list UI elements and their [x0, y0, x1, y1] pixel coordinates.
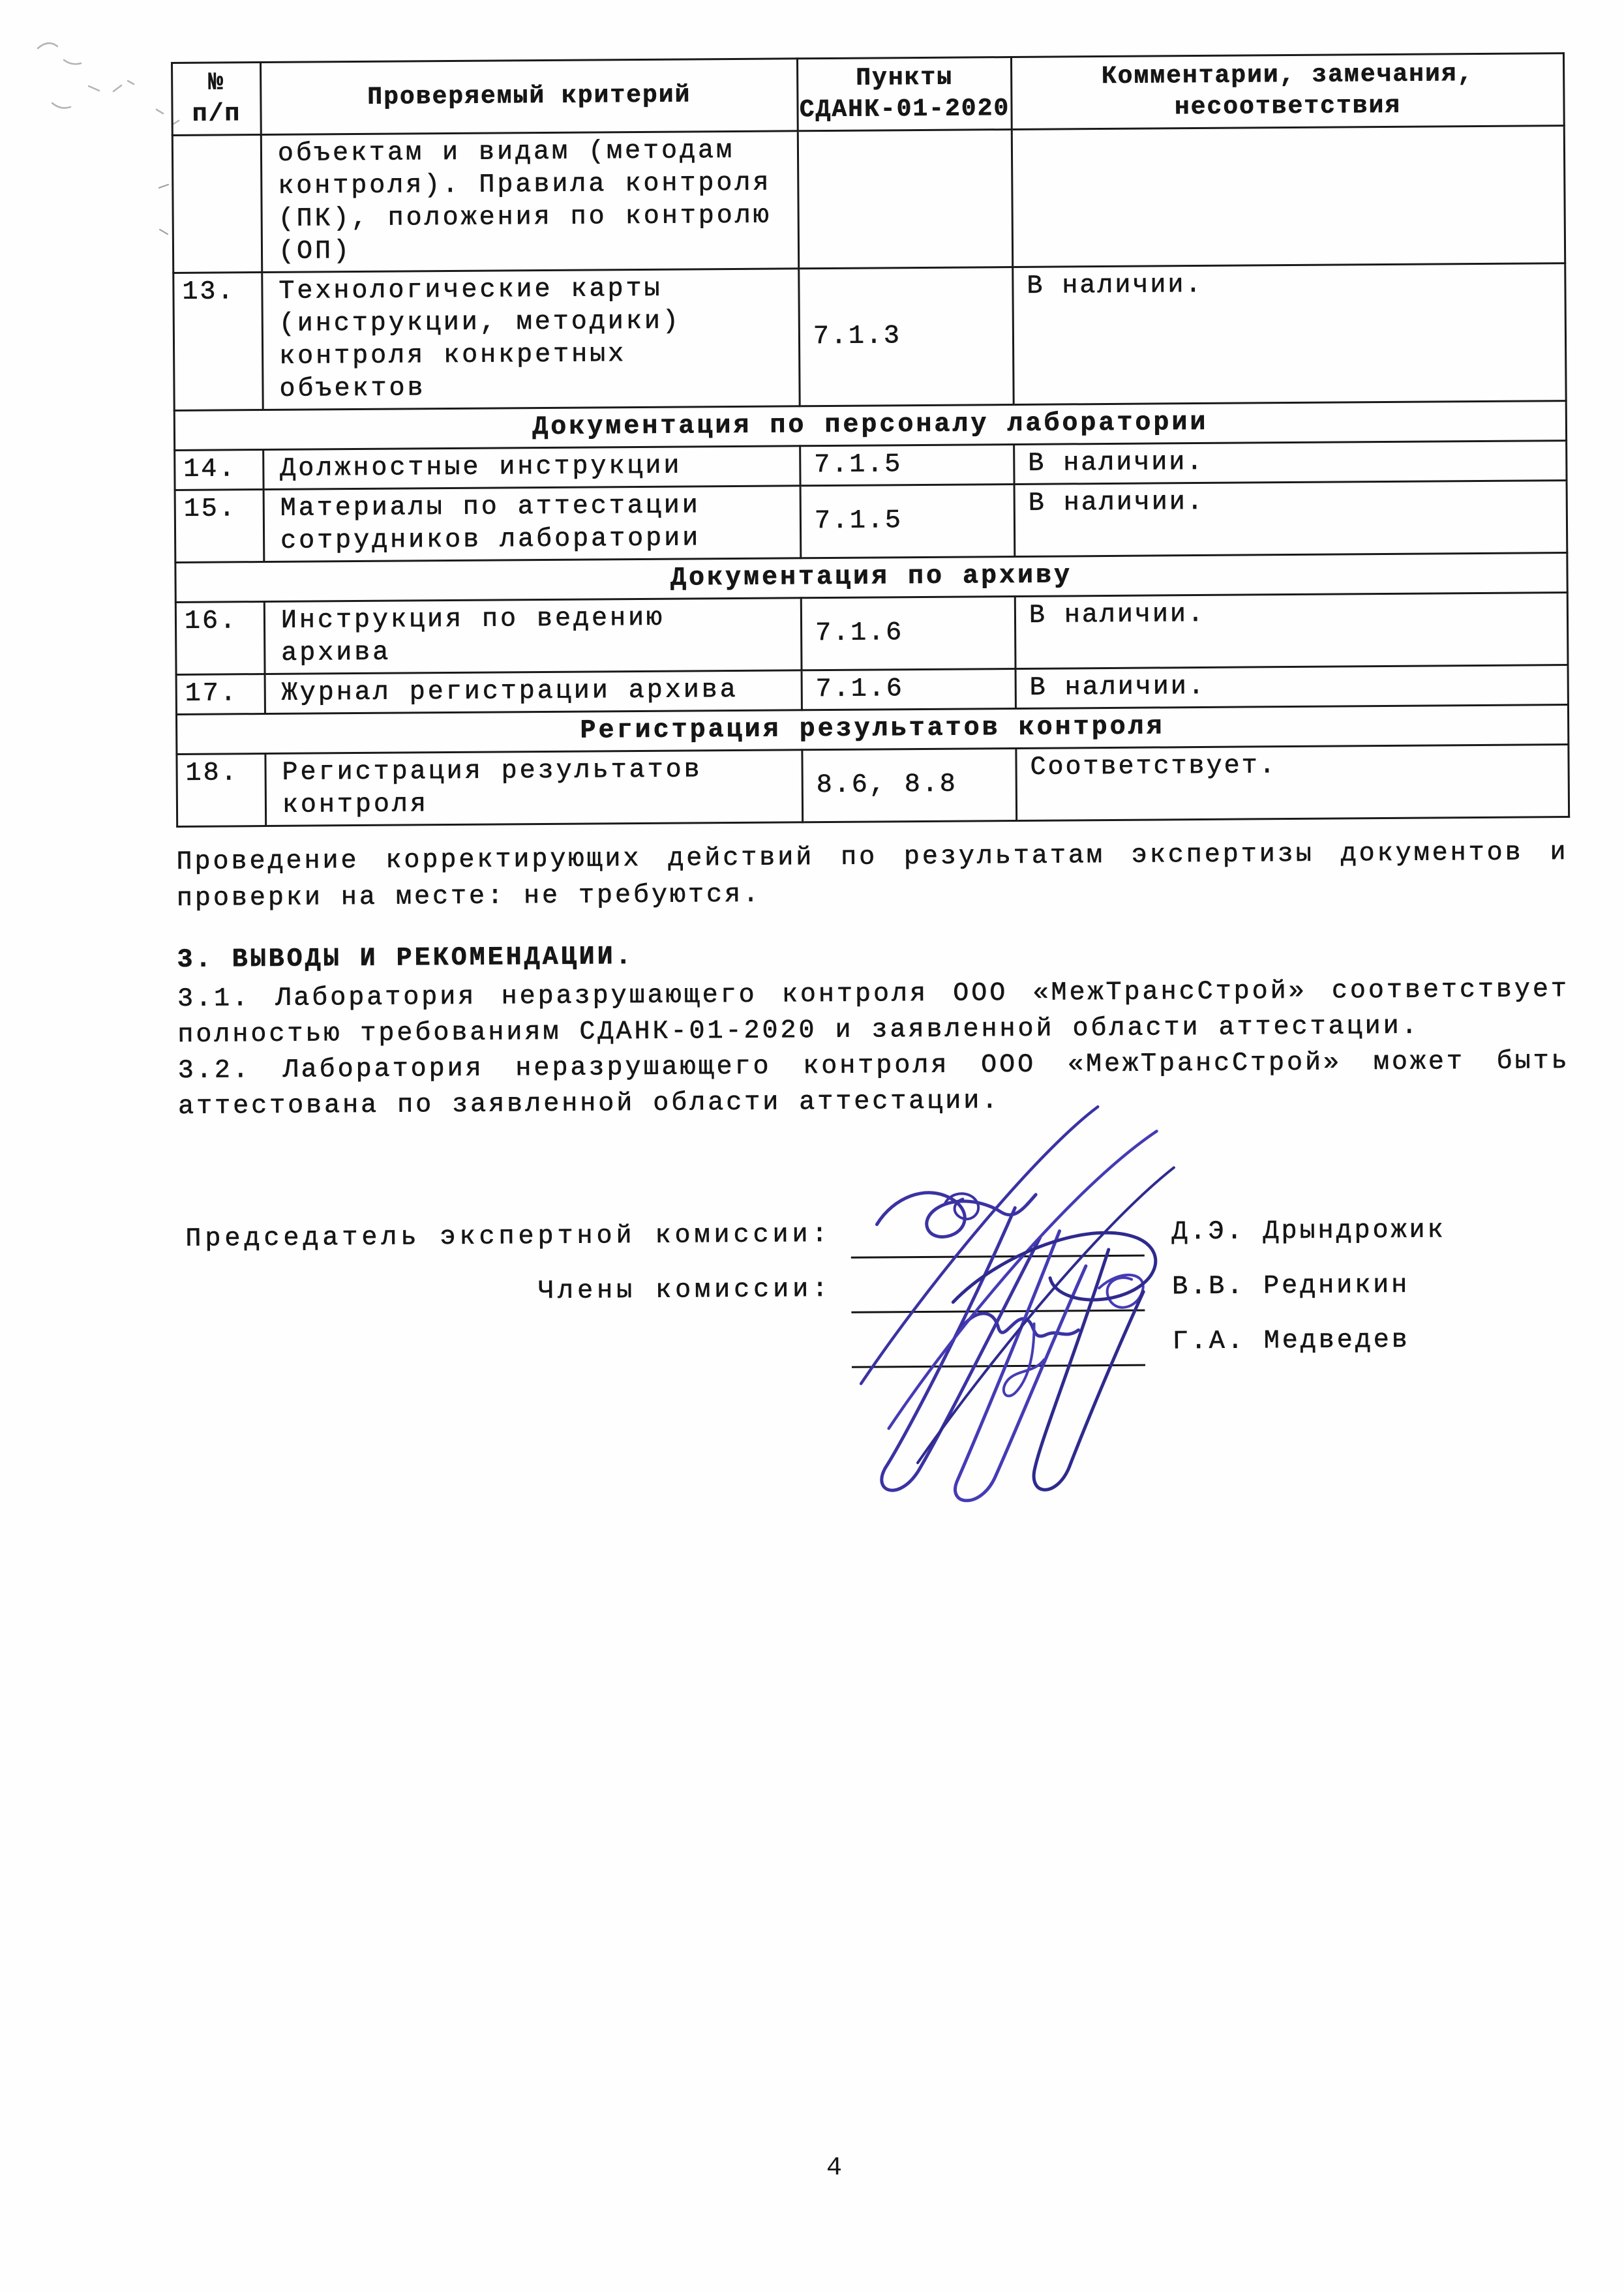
cell-punkty: 8.6, 8.8	[802, 748, 1017, 822]
criterion-line: контроля). Правила контроля	[278, 167, 797, 203]
criterion-line: (ОП)	[278, 232, 798, 269]
cell-punkty: 7.1.5	[800, 444, 1014, 485]
criterion-line: объектам и видам (методам	[278, 134, 797, 171]
col-header-criterion: Проверяемый критерий	[261, 59, 798, 135]
cell-row-number: 18.	[177, 754, 266, 827]
cell-criterion: Материалы по аттестациисотрудников лабор…	[263, 486, 801, 562]
criterion-line: контроля конкретных	[279, 337, 798, 374]
col-header-punkty: ПунктыСДАНК-01-2020	[797, 57, 1012, 131]
criteria-table-header: №п/пПроверяемый критерийПунктыСДАНК-01-2…	[172, 53, 1565, 136]
conclusions-title: 3. ВЫВОДЫ И РЕКОМЕНДАЦИИ.	[177, 934, 1569, 978]
cell-row-number	[172, 135, 262, 273]
col-header-comments: Комментарии, замечания,несоответствия	[1011, 53, 1564, 130]
table-row: 16.Инструкция по ведениюархива7.1.6В нал…	[175, 593, 1568, 675]
criterion-line: контроля	[282, 786, 802, 822]
cell-criterion: Технологические карты(инструкции, методи…	[262, 269, 800, 410]
document-content: №п/пПроверяемый критерийПунктыСДАНК-01-2…	[171, 52, 1572, 1382]
col-header-num-line: п/п	[173, 98, 260, 130]
col-header-punkty-line: СДАНК-01-2020	[798, 93, 1010, 126]
scanned-document-page: №п/пПроверяемый критерийПунктыСДАНК-01-2…	[0, 0, 1624, 2293]
signature-block: Председатель экспертной комиссии:Д.Э. Др…	[179, 1208, 1572, 1364]
col-header-criterion-line: Проверяемый критерий	[262, 79, 796, 114]
conclusions-paragraph: 3.1. Лаборатория неразрушающего контроля…	[177, 972, 1570, 1125]
signature-row: Председатель экспертной комиссии:Д.Э. Др…	[179, 1208, 1571, 1254]
cell-criterion: Должностные инструкции	[263, 446, 800, 490]
criterion-line: Инструкция по ведению	[281, 601, 800, 638]
criterion-line: (инструкции, методики)	[279, 305, 798, 341]
signature-underline	[852, 1364, 1145, 1368]
cell-comment: В наличии.	[1015, 665, 1568, 709]
cell-row-number: 13.	[173, 273, 263, 411]
cell-criterion: объектам и видам (методамконтроля). Прав…	[261, 131, 798, 273]
cell-punkty: 7.1.3	[799, 267, 1014, 406]
signature-underline	[851, 1255, 1145, 1259]
page-number: 4	[0, 2153, 1624, 2183]
signature-role-label: Члены комиссии:	[179, 1275, 832, 1309]
signature-role-label	[180, 1359, 832, 1364]
cell-row-number: 16.	[175, 602, 265, 675]
signature-name: Д.Э. Дрындрожик	[1171, 1216, 1445, 1247]
criterion-line: Материалы по аттестации	[280, 489, 800, 526]
cell-criterion: Регистрация результатовконтроля	[265, 750, 803, 826]
criterion-line: Журнал регистрации архива	[282, 674, 801, 710]
table-row: объектам и видам (методамконтроля). Прав…	[172, 126, 1565, 273]
criterion-line: Технологические карты	[278, 272, 798, 308]
criterion-line: Должностные инструкции	[280, 449, 799, 486]
table-row: 13.Технологические карты(инструкции, мет…	[173, 263, 1566, 411]
signature-underline	[851, 1310, 1145, 1313]
signature-name: Г.А. Медведев	[1173, 1326, 1410, 1357]
criterion-line: архива	[281, 634, 800, 670]
cell-criterion: Журнал регистрации архива	[265, 670, 802, 714]
signature-name: В.В. Редникин	[1172, 1271, 1409, 1302]
cell-comment: В наличии.	[1015, 593, 1568, 669]
col-header-comments-line: Комментарии, замечания,	[1012, 58, 1563, 93]
cell-punkty: 7.1.5	[800, 484, 1015, 558]
scan-speck-marks	[157, 183, 172, 241]
cell-row-number: 14.	[175, 450, 263, 490]
signature-row: Г.А. Медведев	[180, 1317, 1572, 1364]
cell-punkty: 7.1.6	[802, 668, 1015, 710]
col-header-num-line: №	[173, 67, 260, 99]
cell-punkty: 7.1.6	[801, 596, 1015, 670]
cell-punkty	[798, 130, 1012, 269]
cell-comment: В наличии.	[1013, 263, 1566, 405]
cell-criterion: Инструкция по ведениюархива	[264, 598, 802, 674]
criterion-line: Регистрация результатов	[282, 753, 801, 790]
col-header-comments-line: несоответствия	[1012, 89, 1563, 125]
criterion-line: объектов	[279, 370, 798, 406]
criterion-line: сотрудников лаборатории	[280, 522, 800, 558]
cell-comment: Соответствует.	[1016, 745, 1569, 821]
cell-row-number: 17.	[176, 674, 265, 715]
col-header-num: №п/п	[172, 63, 262, 136]
corrective-actions-paragraph: Проведение корректирующих действий по ре…	[176, 835, 1569, 918]
criterion-line: (ПК), положения по контролю	[278, 200, 798, 236]
cell-comment	[1012, 126, 1565, 267]
criteria-table: №п/пПроверяемый критерийПунктыСДАНК-01-2…	[171, 52, 1570, 828]
cell-comment: В наличии.	[1014, 481, 1567, 557]
cell-row-number: 15.	[175, 490, 264, 563]
col-header-punkty-line: Пункты	[798, 62, 1010, 95]
signature-role-label: Председатель экспертной комиссии:	[179, 1220, 831, 1254]
signature-row: Члены комиссии:В.В. Редникин	[179, 1263, 1571, 1309]
table-row: 18.Регистрация результатовконтроля8.6, 8…	[177, 745, 1569, 827]
table-row: 15.Материалы по аттестациисотрудников ла…	[175, 481, 1567, 563]
cell-comment: В наличии.	[1014, 441, 1567, 485]
